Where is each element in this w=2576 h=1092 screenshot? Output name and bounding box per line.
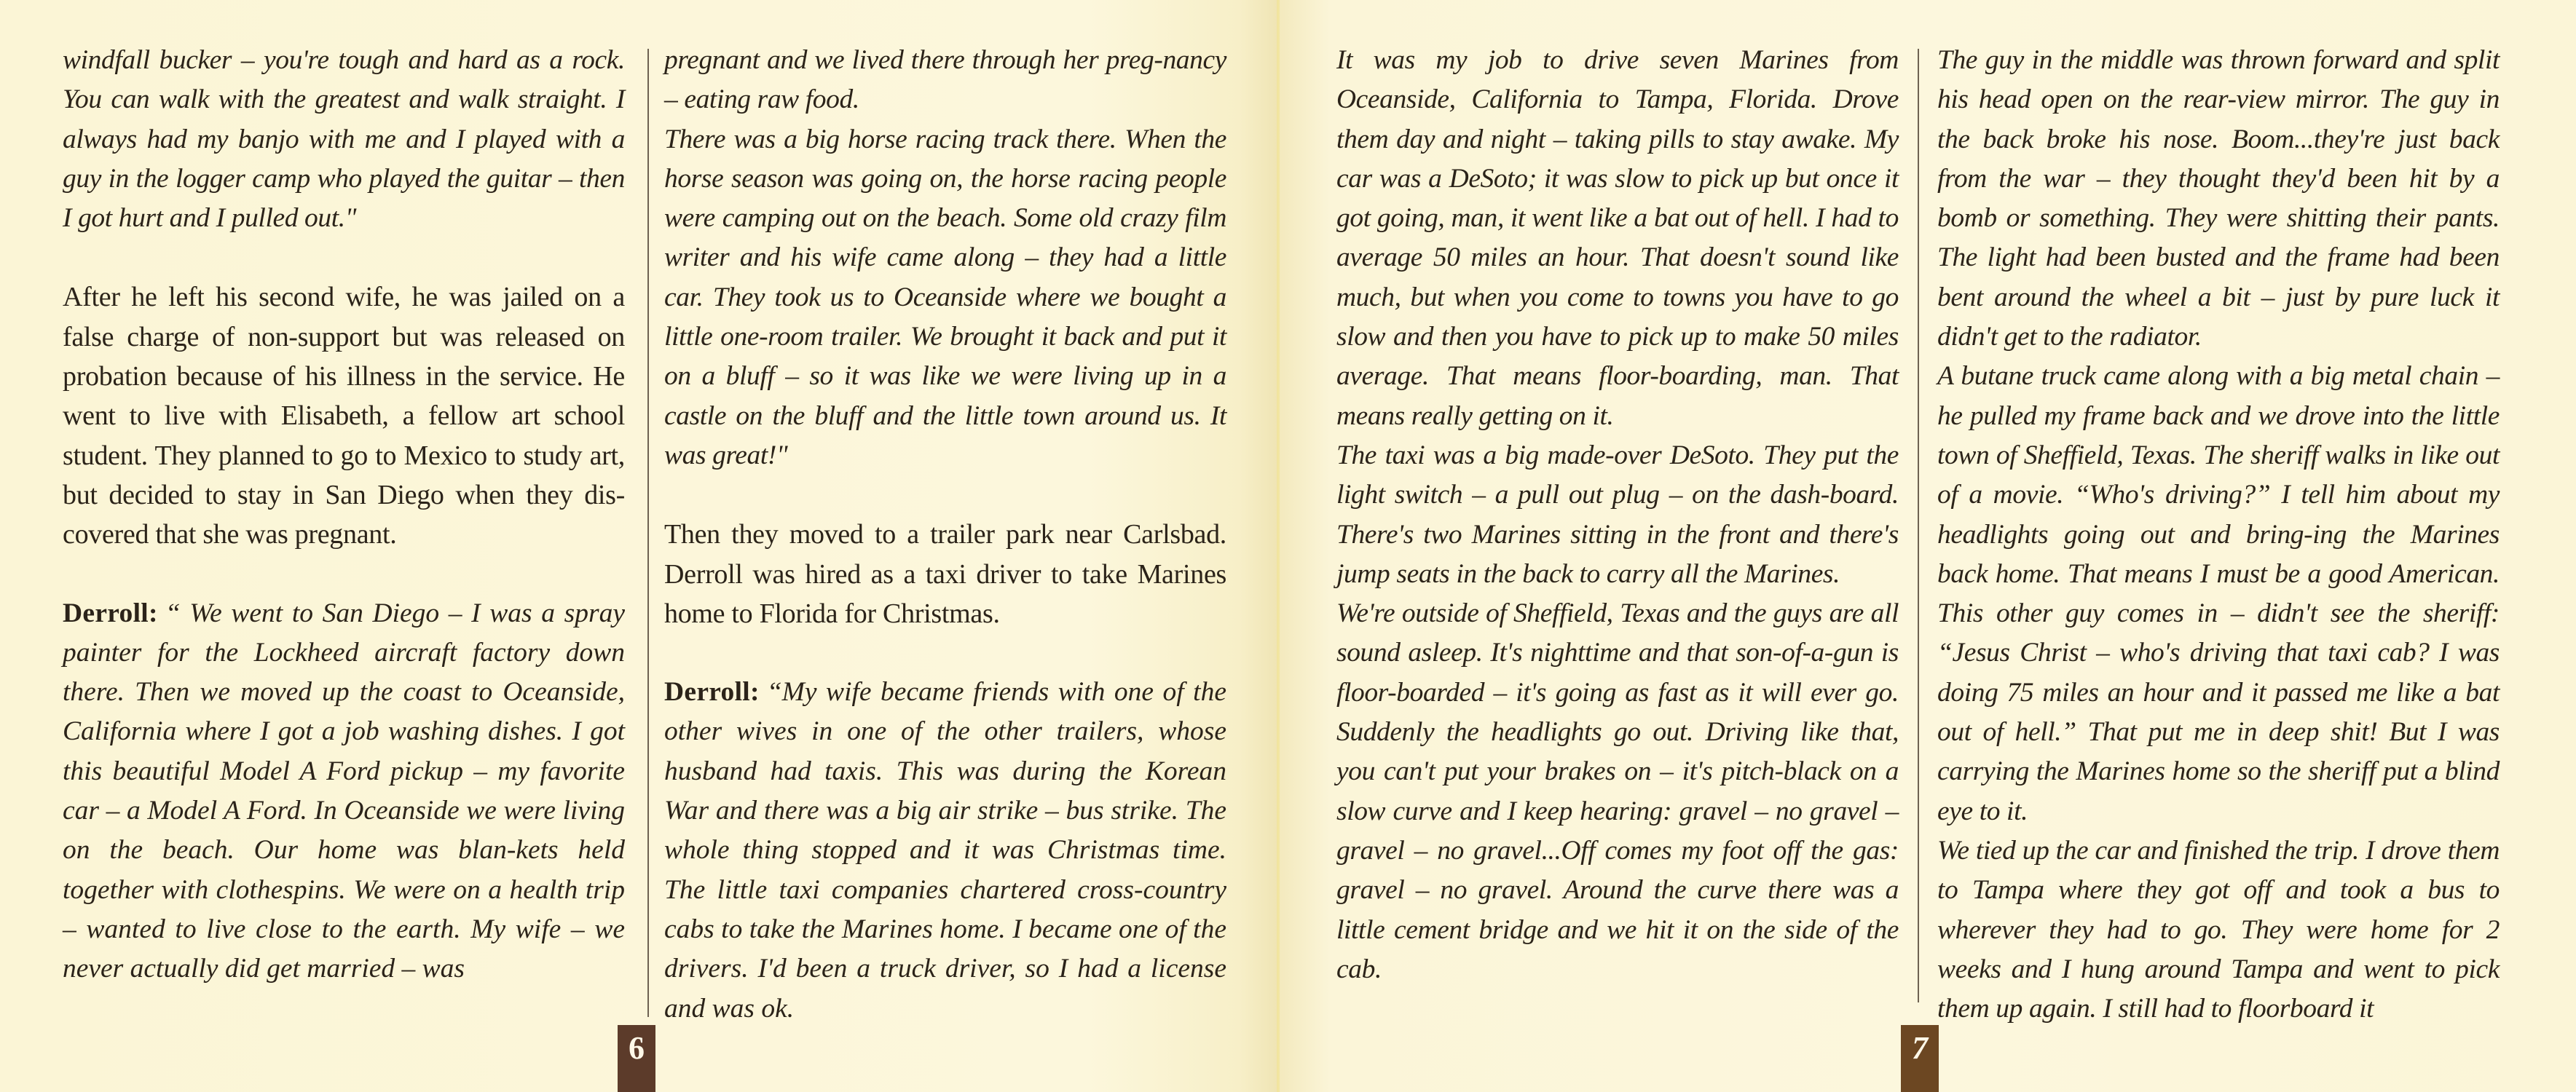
quote-paragraph: Derroll:“My wife became friends with one… (664, 673, 1226, 1029)
page-6-column-2: pregnant and we lived there through her … (664, 41, 1226, 1029)
paragraph-spacer (664, 633, 1226, 673)
speaker-label: Derroll: (664, 677, 760, 707)
paragraph: We tied up the car and finished the trip… (1937, 831, 2500, 1029)
quote-text: “ We went to San Diego – I was a spray p… (63, 598, 625, 984)
column-divider (1918, 49, 1919, 1002)
page-6-column-1: windfall bucker – you're tough and hard … (63, 41, 625, 989)
paragraph: A butane truck came along with a big met… (1937, 357, 2500, 831)
page-number: 6 (629, 1029, 645, 1067)
paragraph: Then they moved to a trailer park near C… (664, 515, 1226, 633)
paragraph: The taxi was a big made-over DeSoto. The… (1336, 436, 1899, 594)
paragraph: The guy in the middle was thrown forward… (1937, 41, 2500, 357)
quote-text: “My wife became friends with one of the … (664, 677, 1226, 1023)
page-number: 7 (1912, 1029, 1928, 1067)
paragraph: We're outside of Sheffield, Texas and th… (1336, 594, 1899, 989)
page-7-column-1: It was my job to drive seven Marines fro… (1336, 41, 1899, 989)
paragraph: windfall bucker – you're tough and hard … (63, 41, 625, 238)
speaker-label: Derroll: (63, 598, 158, 628)
paragraph-spacer (63, 238, 625, 277)
column-divider (647, 49, 649, 1017)
paragraph: After he left his second wife, he was ja… (63, 277, 625, 554)
paragraph: pregnant and we lived there through her … (664, 41, 1226, 120)
page-number-tab: 7 (1901, 1025, 1939, 1092)
page-7-column-2: The guy in the middle was thrown forward… (1937, 41, 2500, 1029)
paragraph: There was a big horse racing track there… (664, 120, 1226, 476)
quote-paragraph: Derroll:“ We went to San Diego – I was a… (63, 594, 625, 989)
book-gutter-crease (1277, 0, 1280, 1092)
paragraph: It was my job to drive seven Marines fro… (1336, 41, 1899, 436)
paragraph-spacer (664, 475, 1226, 515)
page-number-tab: 6 (618, 1025, 655, 1092)
booklet-spread: windfall bucker – you're tough and hard … (0, 0, 2576, 1092)
paragraph-spacer (63, 555, 625, 594)
